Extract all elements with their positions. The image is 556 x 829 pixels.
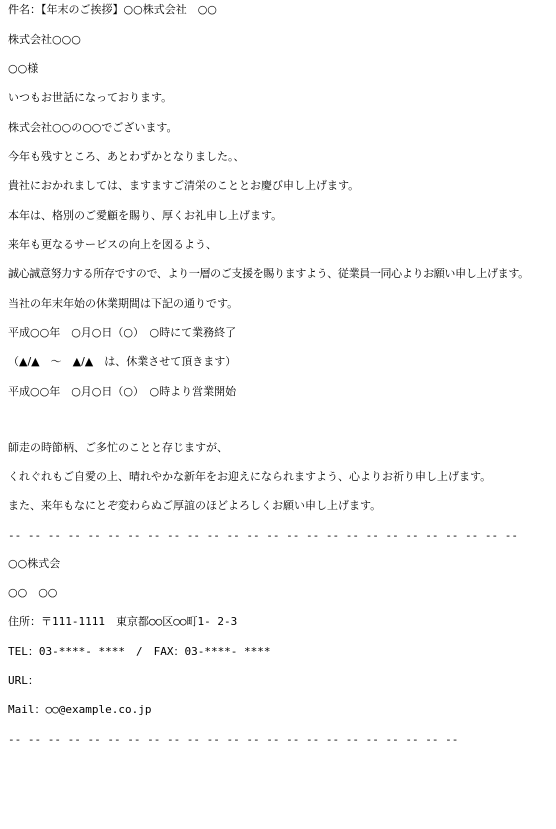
recipient-company: 株式会社○○○: [8, 32, 81, 48]
closing-line: くれぐれもご自愛の上、晴れやかな新年をお迎えになられますよう、心よりお祈り申し上…: [8, 469, 491, 485]
subject-line: 件名：【年末のご挨拶】○○株式会社 ○○: [8, 2, 217, 18]
closing-line: 師走の時節柄、ご多忙のことと存じますが、: [8, 440, 228, 456]
holiday-period-line: （▲/▲ ～ ▲/▲ は、休業させて頂きます）: [8, 354, 236, 370]
body-line: いつもお世話になっております。: [8, 90, 172, 106]
signature-address: 住所：〒111-1111 東京都○○区○○町1- 2-3: [8, 614, 237, 630]
recipient-name: ○○様: [8, 61, 38, 77]
body-line: 当社の年末年始の休業期間は下記の通りです。: [8, 296, 238, 312]
signature-divider-top: -- -- -- -- -- -- -- -- -- -- -- -- -- -…: [8, 528, 518, 544]
signature-phone-fax: TEL：03-****- **** / FAX：03-****- ****: [8, 644, 271, 660]
body-line: 来年も更なるサービスの向上を図るよう、: [8, 237, 217, 253]
body-line: 株式会社○○の○○でございます。: [8, 120, 178, 136]
business-start-line: 平成○○年 ○月○日（○） ○時より営業開始: [8, 384, 236, 400]
signature-company: ○○株式会: [8, 556, 60, 572]
signature-divider-bottom: -- -- -- -- -- -- -- -- -- -- -- -- -- -…: [8, 732, 458, 748]
body-line: 貴社におかれましては、ますますご清栄のこととお慶び申し上げます。: [8, 178, 359, 194]
business-end-line: 平成○○年 ○月○日（○） ○時にて業務終了: [8, 325, 236, 341]
body-line: 本年は、格別のご愛顧を賜り、厚くお礼申し上げます。: [8, 208, 282, 224]
body-line: 誠心誠意努力する所存ですので、より一層のご支援を賜りますよう、従業員一同心よりお…: [8, 266, 529, 282]
mail-label: Mail：: [8, 703, 46, 716]
signature-url: URL：: [8, 673, 39, 689]
body-line: 今年も残すところ、あとわずかとなりました。、: [8, 149, 245, 165]
signature-mail: Mail：○○@example.co.jp: [8, 702, 151, 718]
closing-line: また、来年もなにとぞ変わらぬご厚誼のほどよろしくお願い申し上げます。: [8, 498, 381, 514]
mail-address[interactable]: ○○@example.co.jp: [46, 703, 152, 716]
signature-name: ○○ ○○: [8, 585, 57, 601]
